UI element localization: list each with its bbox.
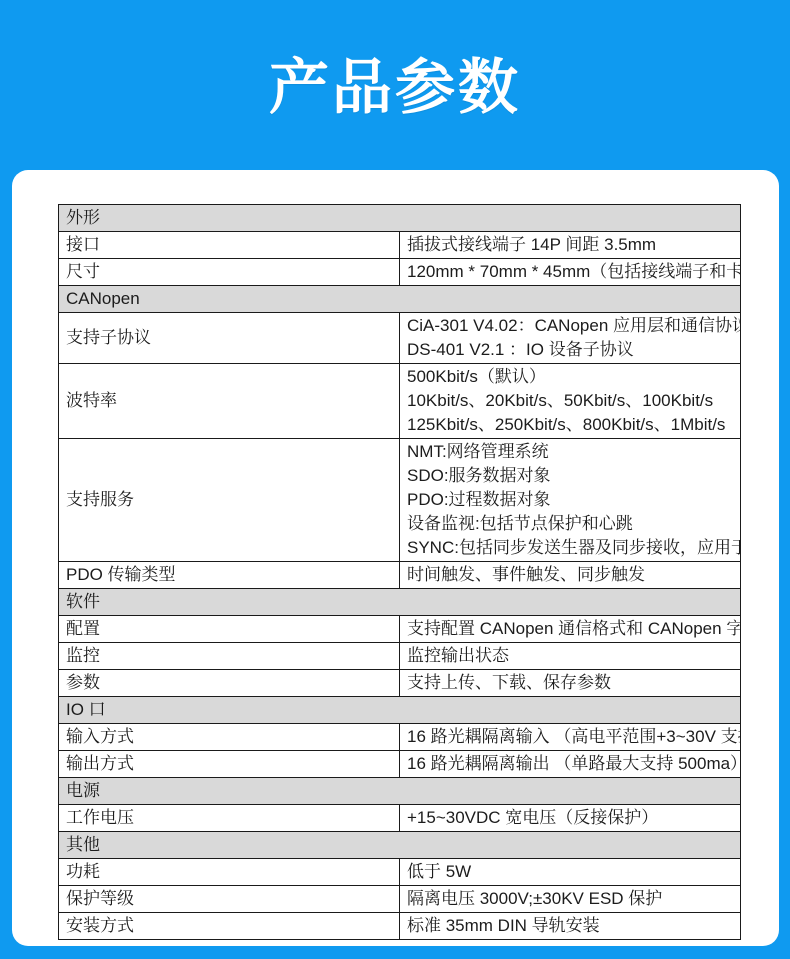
param-label: 输入方式 [59, 724, 400, 751]
param-value: 支持上传、下载、保存参数 [400, 670, 741, 697]
param-value: 插拔式接线端子 14P 间距 3.5mm [400, 232, 741, 259]
param-value-line: 插拔式接线端子 14P 间距 3.5mm [407, 233, 733, 257]
section-row: 软件 [59, 589, 741, 616]
param-value: 16 路光耦隔离输出 （单路最大支持 500ma） [400, 751, 741, 778]
param-value-line: 125Kbit/s、250Kbit/s、800Kbit/s、1Mbit/s [407, 413, 733, 437]
param-label: 支持子协议 [59, 313, 400, 364]
section-label: IO 口 [59, 697, 741, 724]
param-label: 支持服务 [59, 439, 400, 562]
parameter-card: 外形接口插拔式接线端子 14P 间距 3.5mm尺寸120mm * 70mm *… [12, 170, 779, 946]
param-value: CiA-301 V4.02：CANopen 应用层和通信协议DS-401 V2.… [400, 313, 741, 364]
param-value-line: 时间触发、事件触发、同步触发 [407, 563, 733, 587]
param-value-line: 16 路光耦隔离输入 （高电平范围+3~30V 支持高低电平倒置） [407, 725, 733, 749]
param-label: 工作电压 [59, 805, 400, 832]
section-label: CANopen [59, 286, 741, 313]
param-value: 低于 5W [400, 859, 741, 886]
section-label: 外形 [59, 205, 741, 232]
param-table-body: 外形接口插拔式接线端子 14P 间距 3.5mm尺寸120mm * 70mm *… [59, 205, 741, 940]
param-label: 参数 [59, 670, 400, 697]
param-value-line: 低于 5W [407, 860, 733, 884]
param-value-line: 120mm * 70mm * 45mm（包括接线端子和卡扣） [407, 260, 733, 284]
param-value: 监控输出状态 [400, 643, 741, 670]
param-value: +15~30VDC 宽电压（反接保护） [400, 805, 741, 832]
param-value-line: 隔离电压 3000V;±30KV ESD 保护 [407, 887, 733, 911]
param-label: 监控 [59, 643, 400, 670]
param-label: 配置 [59, 616, 400, 643]
param-label: PDO 传输类型 [59, 562, 400, 589]
param-value-line: SDO:服务数据对象 [407, 464, 733, 488]
param-value-line: CiA-301 V4.02：CANopen 应用层和通信协议 [407, 314, 733, 338]
param-value-line: 支持上传、下载、保存参数 [407, 671, 733, 695]
table-row: 保护等级隔离电压 3000V;±30KV ESD 保护 [59, 886, 741, 913]
param-value-line: 标准 35mm DIN 导轨安装 [407, 914, 733, 938]
table-row: 功耗低于 5W [59, 859, 741, 886]
param-value-line: 设备监视:包括节点保护和心跳 [407, 512, 733, 536]
table-row: 波特率500Kbit/s（默认）10Kbit/s、20Kbit/s、50Kbit… [59, 364, 741, 439]
param-value: 500Kbit/s（默认）10Kbit/s、20Kbit/s、50Kbit/s、… [400, 364, 741, 439]
table-row: 尺寸120mm * 70mm * 45mm（包括接线端子和卡扣） [59, 259, 741, 286]
section-row: 其他 [59, 832, 741, 859]
table-row: 接口插拔式接线端子 14P 间距 3.5mm [59, 232, 741, 259]
section-label: 电源 [59, 778, 741, 805]
param-value: 16 路光耦隔离输入 （高电平范围+3~30V 支持高低电平倒置） [400, 724, 741, 751]
param-value: 隔离电压 3000V;±30KV ESD 保护 [400, 886, 741, 913]
param-value-line: 10Kbit/s、20Kbit/s、50Kbit/s、100Kbit/s [407, 389, 733, 413]
param-label: 输出方式 [59, 751, 400, 778]
table-row: 工作电压+15~30VDC 宽电压（反接保护） [59, 805, 741, 832]
param-label: 功耗 [59, 859, 400, 886]
param-label: 波特率 [59, 364, 400, 439]
table-row: PDO 传输类型时间触发、事件触发、同步触发 [59, 562, 741, 589]
param-label: 安装方式 [59, 913, 400, 940]
param-value: NMT:网络管理系统SDO:服务数据对象PDO:过程数据对象设备监视:包括节点保… [400, 439, 741, 562]
param-value: 时间触发、事件触发、同步触发 [400, 562, 741, 589]
param-value-line: +15~30VDC 宽电压（反接保护） [407, 806, 733, 830]
param-label: 尺寸 [59, 259, 400, 286]
param-value: 标准 35mm DIN 导轨安装 [400, 913, 741, 940]
table-row: 支持服务NMT:网络管理系统SDO:服务数据对象PDO:过程数据对象设备监视:包… [59, 439, 741, 562]
parameter-table: 外形接口插拔式接线端子 14P 间距 3.5mm尺寸120mm * 70mm *… [58, 204, 741, 940]
table-row: 支持子协议CiA-301 V4.02：CANopen 应用层和通信协议DS-40… [59, 313, 741, 364]
table-row: 参数支持上传、下载、保存参数 [59, 670, 741, 697]
section-row: CANopen [59, 286, 741, 313]
table-row: 输出方式16 路光耦隔离输出 （单路最大支持 500ma） [59, 751, 741, 778]
table-row: 安装方式标准 35mm DIN 导轨安装 [59, 913, 741, 940]
param-label: 保护等级 [59, 886, 400, 913]
section-row: 外形 [59, 205, 741, 232]
table-row: 配置支持配置 CANopen 通信格式和 CANopen 字典配置（导出） [59, 616, 741, 643]
page-title: 产品参数 [0, 0, 790, 120]
section-row: IO 口 [59, 697, 741, 724]
table-row: 监控监控输出状态 [59, 643, 741, 670]
section-label: 软件 [59, 589, 741, 616]
section-label: 其他 [59, 832, 741, 859]
param-label: 接口 [59, 232, 400, 259]
param-value-line: PDO:过程数据对象 [407, 488, 733, 512]
param-value-line: 500Kbit/s（默认） [407, 365, 733, 389]
param-value-line: 监控输出状态 [407, 644, 733, 668]
param-value: 120mm * 70mm * 45mm（包括接线端子和卡扣） [400, 259, 741, 286]
table-row: 输入方式16 路光耦隔离输入 （高电平范围+3~30V 支持高低电平倒置） [59, 724, 741, 751]
param-value-line: SYNC:包括同步发送生器及同步接收，应用于 PDO 传输 [407, 536, 733, 560]
param-value: 支持配置 CANopen 通信格式和 CANopen 字典配置（导出） [400, 616, 741, 643]
param-value-line: 16 路光耦隔离输出 （单路最大支持 500ma） [407, 752, 733, 776]
param-value-line: NMT:网络管理系统 [407, 440, 733, 464]
section-row: 电源 [59, 778, 741, 805]
param-value-line: 支持配置 CANopen 通信格式和 CANopen 字典配置（导出） [407, 617, 733, 641]
param-value-line: DS-401 V2.1 ：IO 设备子协议 [407, 338, 733, 362]
